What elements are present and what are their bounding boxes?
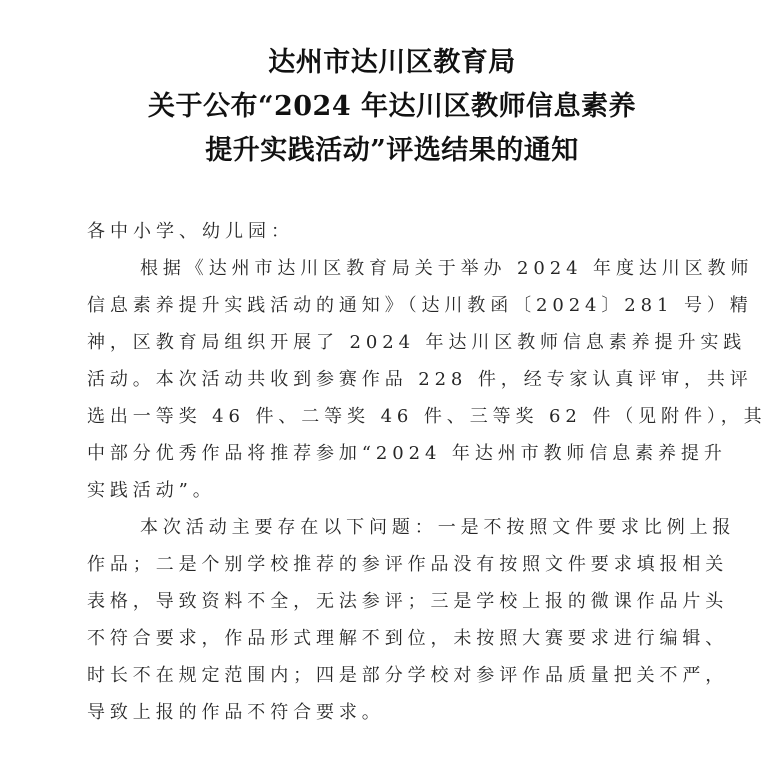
paragraph-line: 作品；二是个别学校推荐的参评作品没有按照文件要求填报相关 (87, 546, 687, 583)
paragraph-line: 表格，导致资料不全，无法参评；三是学校上报的微课作品片头 (87, 583, 687, 620)
document-title-line-2: 关于公布“2024 年达川区教师信息素养 (0, 92, 784, 122)
paragraph-2: 本次活动主要存在以下问题：一是不按照文件要求比例上报 作品；二是个别学校推荐的参… (87, 509, 687, 731)
paragraph-line: 选出一等奖 46 件、二等奖 46 件、三等奖 62 件（见附件），其 (87, 398, 687, 435)
paragraph-line: 神，区教育局组织开展了 2024 年达川区教师信息素养提升实践 (87, 324, 687, 361)
paragraph-line: 时长不在规定范围内；四是部分学校对参评作品质量把关不严， (87, 657, 687, 694)
paragraph-line: 信息素养提升实践活动的通知》（达川教函〔2024〕281 号）精 (87, 287, 687, 324)
document-body: 各中小学、幼儿园： 根据《达州市达川区教育局关于举办 2024 年度达川区教师 … (87, 213, 687, 731)
paragraph-line: 本次活动主要存在以下问题：一是不按照文件要求比例上报 (87, 509, 687, 546)
paragraph-1: 根据《达州市达川区教育局关于举办 2024 年度达川区教师 信息素养提升实践活动… (87, 250, 687, 509)
paragraph-line: 不符合要求，作品形式理解不到位，未按照大赛要求进行编辑、 (87, 620, 687, 657)
paragraph-line: 导致上报的作品不符合要求。 (87, 694, 687, 731)
paragraph-line: 活动。本次活动共收到参赛作品 228 件，经专家认真评审，共评 (87, 361, 687, 398)
paragraph-line: 实践活动”。 (87, 472, 687, 509)
salutation: 各中小学、幼儿园： (87, 213, 687, 250)
document-title-line-1: 达州市达川区教育局 (0, 48, 784, 78)
document-title-line-3: 提升实践活动”评选结果的通知 (0, 136, 784, 166)
paragraph-line: 中部分优秀作品将推荐参加“2024 年达州市教师信息素养提升 (87, 435, 687, 472)
paragraph-line: 根据《达州市达川区教育局关于举办 2024 年度达川区教师 (87, 250, 687, 287)
